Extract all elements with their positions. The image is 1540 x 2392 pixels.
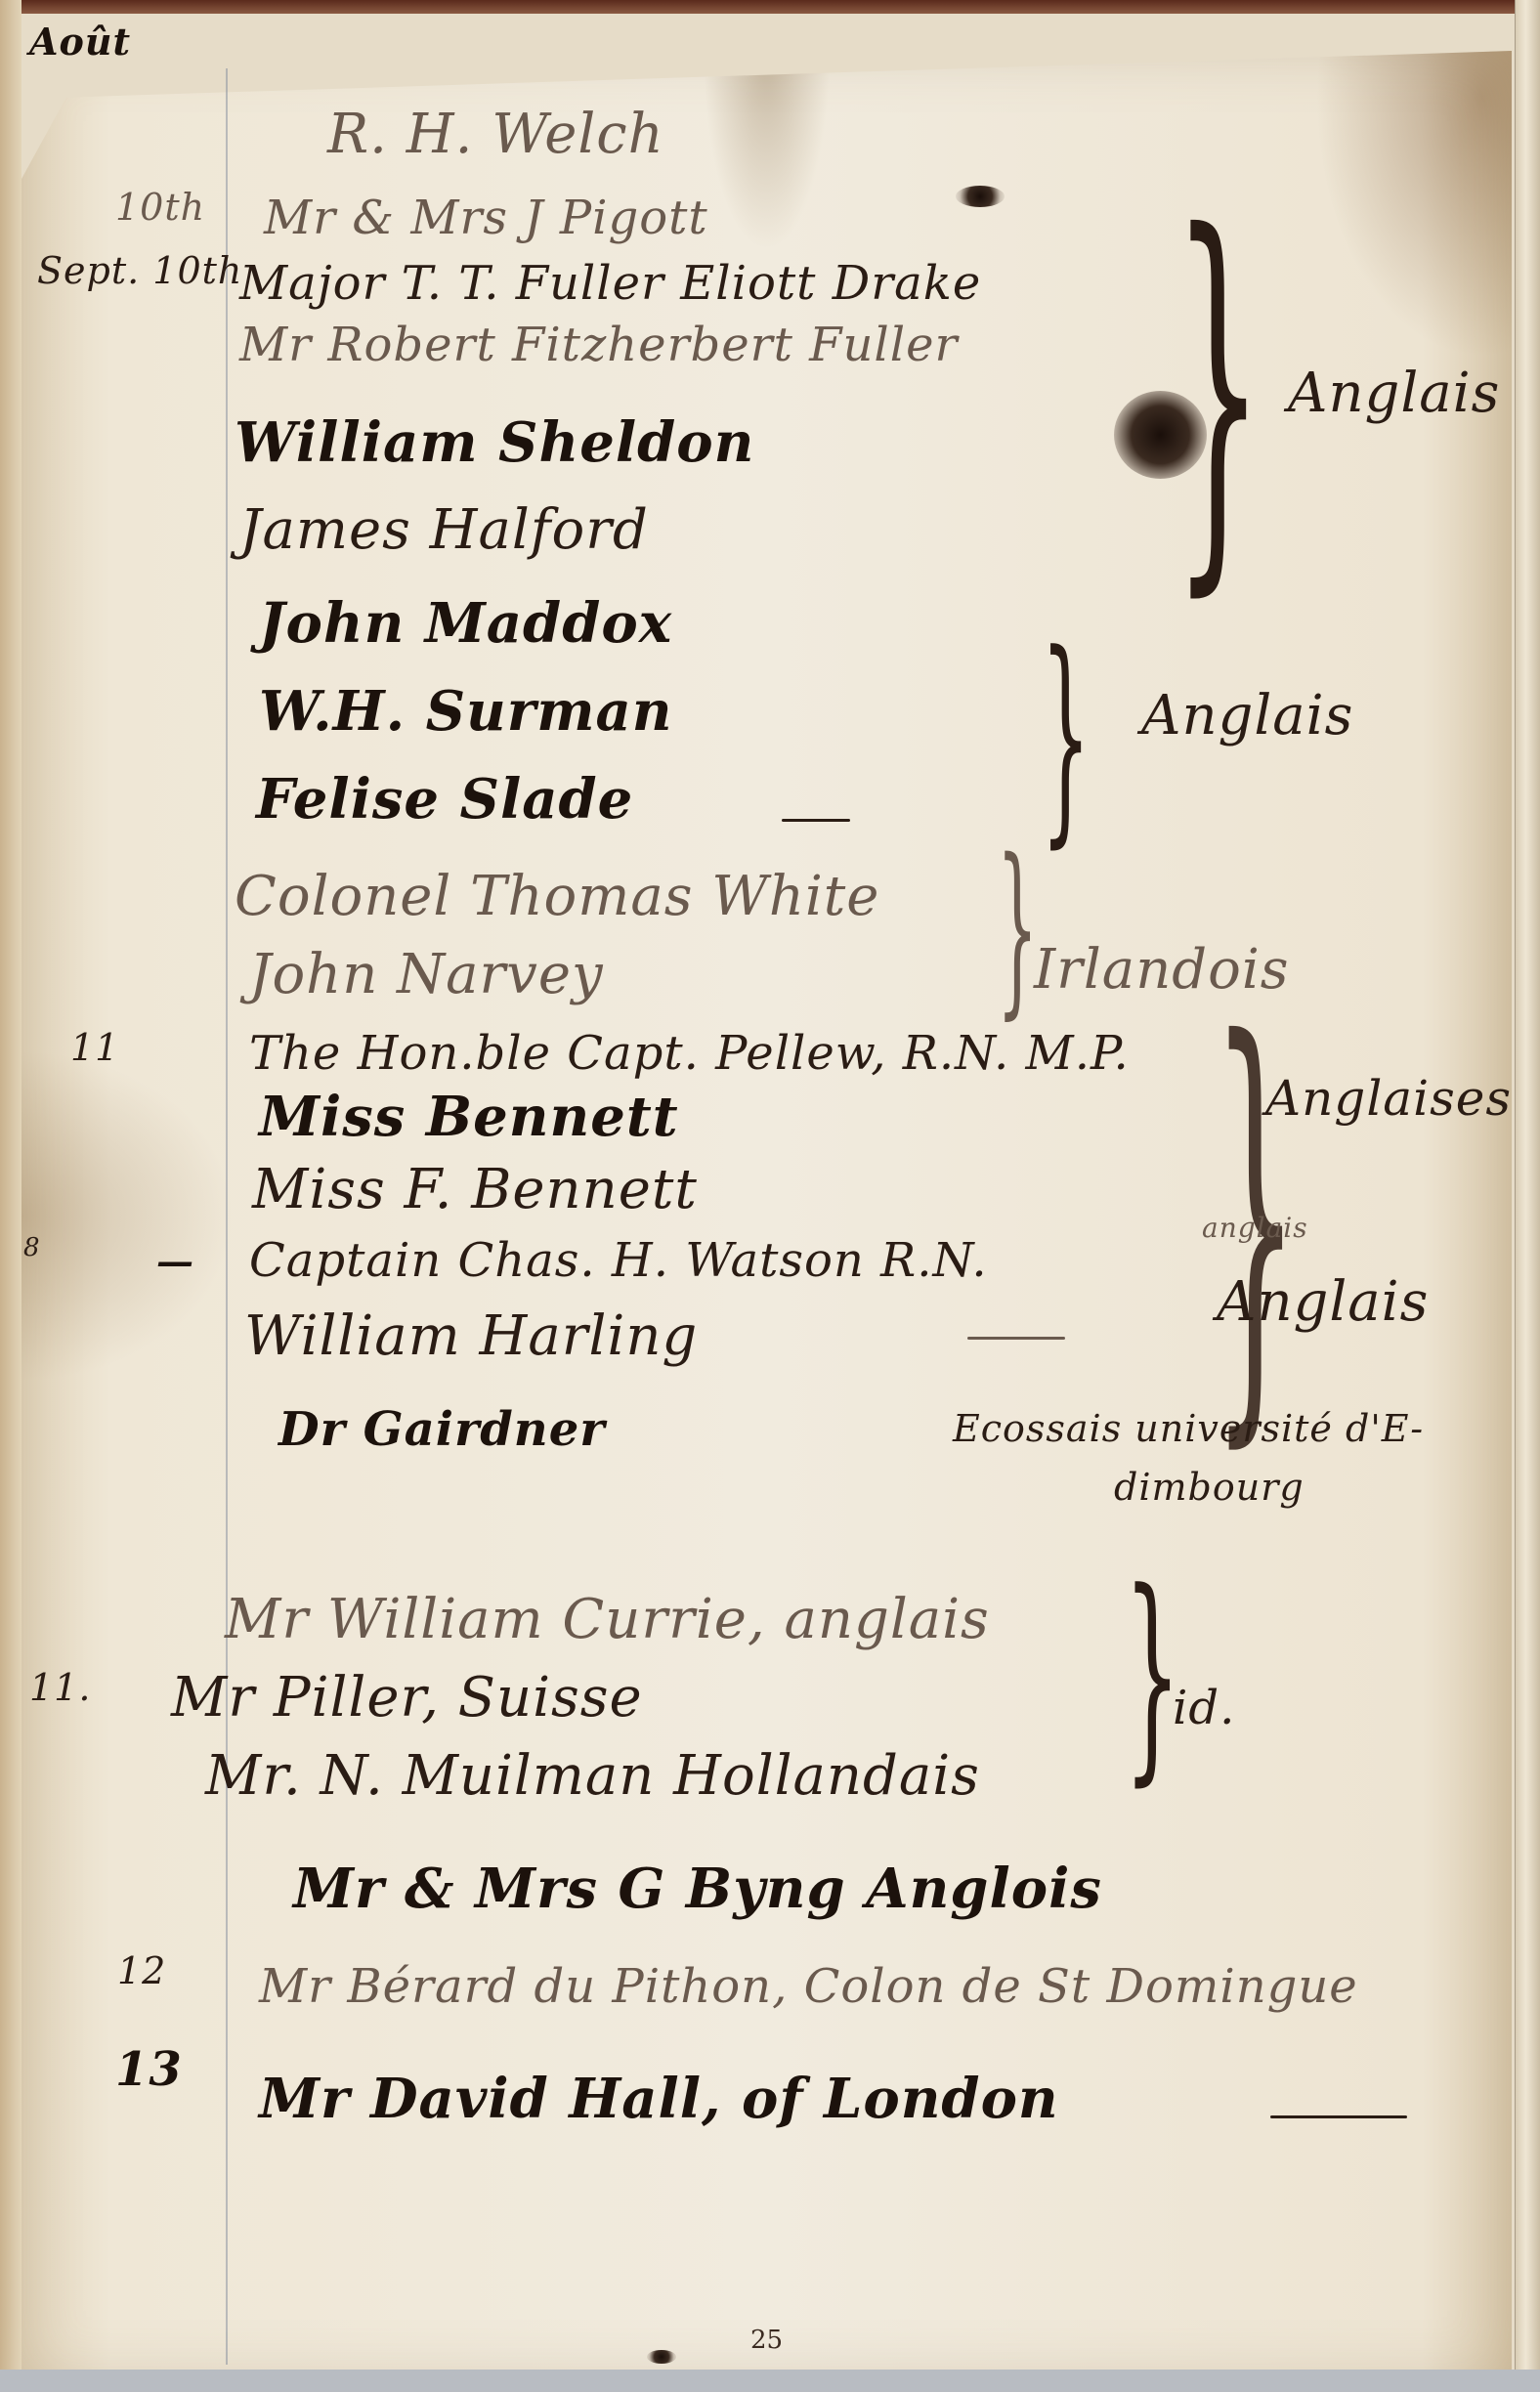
- dash-stroke: [782, 819, 850, 822]
- nationality-annotation: dimbourg: [1114, 1466, 1305, 1509]
- page-left-edge: [0, 0, 21, 2392]
- register-entry: Mr Bérard du Pithon, Colon de St Domingu…: [259, 1959, 1358, 2014]
- date-label: 12: [117, 1949, 166, 1992]
- register-entry: Mr Robert Fitzherbert Fuller: [239, 318, 958, 372]
- register-entry: Mr & Mrs G Byng Anglois: [293, 1857, 1102, 1921]
- register-entry: Mr David Hall, of London: [259, 2067, 1059, 2131]
- register-entry: Felise Slade: [256, 767, 633, 832]
- margin-rule-line: [226, 68, 228, 2365]
- ink-blot: [647, 2350, 676, 2364]
- register-entry: Colonel Thomas White: [235, 865, 879, 928]
- nationality-annotation: Anglaises: [1265, 1070, 1512, 1127]
- brace-icon: }: [1173, 186, 1264, 596]
- nationality-annotation: id.: [1173, 1681, 1235, 1735]
- book-binding: [0, 0, 1540, 14]
- nationality-annotation: Anglais: [1141, 684, 1353, 747]
- ink-blot: [956, 186, 1005, 207]
- register-entry: R. H. Welch: [327, 103, 664, 166]
- register-entry: Dr Gairdner: [278, 1402, 606, 1457]
- page-number: 25: [750, 2326, 783, 2355]
- nationality-annotation: Anglais: [1217, 1270, 1429, 1334]
- date-label: 10th: [115, 186, 205, 229]
- scan-background: [0, 2370, 1540, 2392]
- nationality-annotation: Irlandois: [1034, 938, 1289, 1002]
- date-label: 13: [115, 2042, 183, 2097]
- register-entry: William Harling: [244, 1304, 698, 1368]
- date-label: Sept. 10th: [37, 249, 242, 292]
- brace-icon: }: [1041, 625, 1091, 850]
- register-entry: W.H. Surman: [259, 679, 672, 744]
- register-entry: Captain Chas. H. Watson R.N.: [249, 1233, 988, 1288]
- brace-icon: }: [997, 835, 1038, 1021]
- dash-stroke: [967, 1337, 1065, 1340]
- margin-mark: 8: [23, 1233, 41, 1262]
- register-entry: Miss Bennett: [259, 1085, 679, 1149]
- page-right-edge: [1515, 0, 1540, 2392]
- register-entry: Mr William Currie, anglais: [225, 1588, 990, 1651]
- register-entry: Miss F. Bennett: [252, 1158, 698, 1221]
- register-entry: John Narvey: [249, 943, 604, 1006]
- date-label: 11: [70, 1026, 119, 1069]
- nationality-annotation: Anglais: [1288, 362, 1500, 425]
- register-entry: William Sheldon: [235, 410, 754, 475]
- register-entry: Mr. N. Muilman Hollandais: [205, 1744, 980, 1808]
- brace-icon: }: [1124, 1563, 1181, 1788]
- nationality-annotation: anglais: [1202, 1212, 1308, 1244]
- register-entry: John Maddox: [259, 591, 672, 656]
- date-label: —: [156, 1239, 194, 1283]
- register-entry: James Halford: [239, 498, 649, 562]
- register-entry: Mr & Mrs J Pigott: [264, 191, 708, 245]
- ink-blot: [1114, 391, 1207, 479]
- register-entry: Major T. T. Fuller Eliott Drake: [239, 256, 981, 311]
- nationality-annotation: Ecossais université d'E-: [953, 1407, 1424, 1450]
- corner-heading: Août: [29, 20, 131, 64]
- dash-stroke: [1270, 2115, 1407, 2118]
- register-entry: Mr Piller, Suisse: [171, 1666, 643, 1730]
- date-label: 11.: [29, 1666, 91, 1709]
